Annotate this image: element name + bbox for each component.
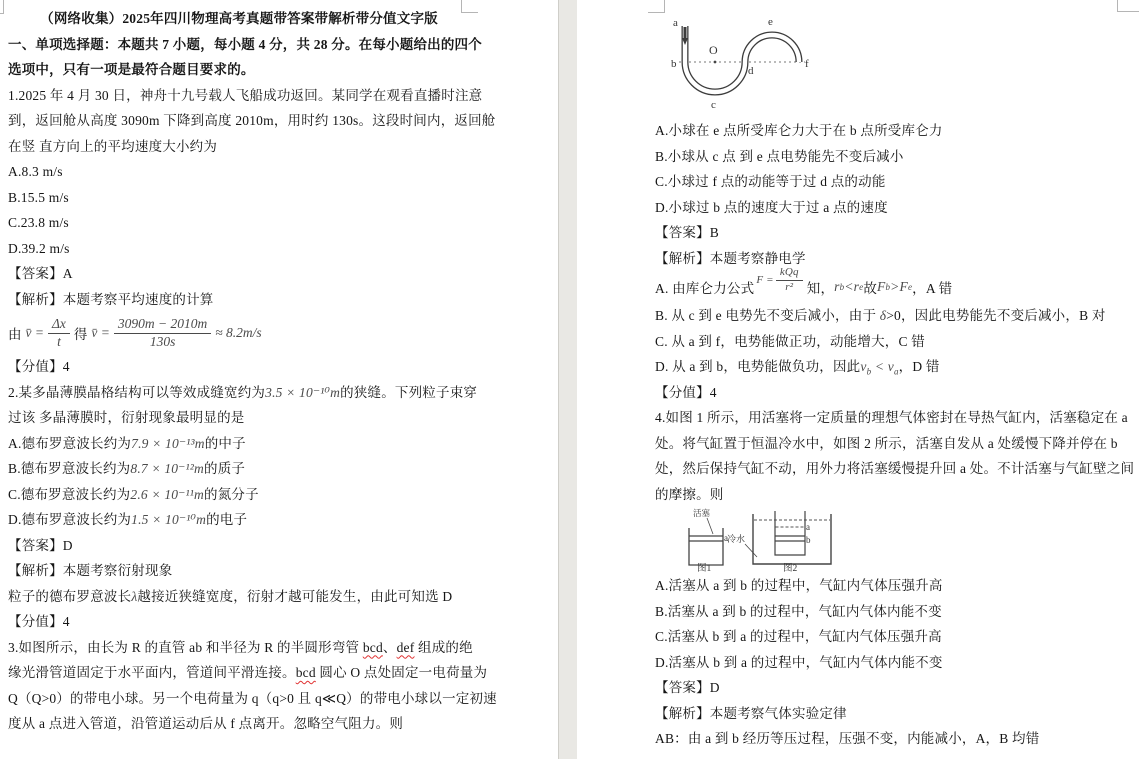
q1-answer: 【答案】A: [8, 261, 470, 287]
page-2-content: a b c d e f O A.小球在 e 点所受库仑力大于在 b 点所受库仑力…: [655, 4, 1137, 752]
q2-option-d: D.德布罗意波长约为1.5 × 10⁻¹⁰m的电子: [8, 507, 470, 533]
q2-line1-post: 的狭缝。下列粒子束穿: [340, 385, 477, 400]
q3-answer: 【答案】B: [655, 220, 1137, 246]
coulomb-num: kQq: [776, 266, 803, 281]
fig2-piston-b-label: b: [806, 535, 811, 545]
q2-option-c: C.德布罗意波长约为2.6 × 10⁻¹¹m的氮分子: [8, 482, 470, 508]
q2-line1-pre: 2.某多晶薄膜晶格结构可以等效成缝宽约为: [8, 385, 265, 400]
q3-expD-pre: D. 从 a 到 b，电势能做负功，因此: [655, 359, 860, 374]
q2-option-a: A.德布罗意波长约为7.9 × 10⁻¹³m的中子: [8, 431, 470, 457]
q3-option-d: D.小球过 b 点的速度大于过 a 点的速度: [655, 195, 1137, 221]
q3-text-line-3: Q（Q>0）的带电小球。另一个电荷量为 q（q>0 且 q≪Q）的带电小球以一定…: [8, 686, 470, 712]
q1-formula-frac2-num: 3090m − 2010m: [114, 316, 211, 334]
q1-formula: 由 v̄ = Δx t 得 v̄ = 3090m − 2010m 130s ≈ …: [8, 312, 470, 354]
fig2-level-a-label: a: [806, 522, 810, 532]
q3-spellcheck-word-bcd-2: bcd: [296, 665, 316, 680]
fig1-caption: 图1: [697, 563, 712, 573]
q1-score: 【分值】4: [8, 354, 470, 380]
q1-option-d: D.39.2 m/s: [8, 236, 470, 262]
q3-line1-post: 组成的绝: [414, 640, 472, 655]
label-e: e: [768, 16, 773, 28]
q1-option-a: A.8.3 m/s: [8, 159, 470, 185]
q1-text-line-1: 1.2025 年 4 月 30 日，神舟十九号载人飞船成功返回。某同学在观看直播…: [8, 83, 470, 109]
q3-expB-pre: B. 从 c 到 e 电势先不变后减小，由于: [655, 308, 880, 323]
q2-option-c-post: 的氮分子: [204, 487, 259, 502]
q2-option-b-pre: B.德布罗意波长约为: [8, 461, 130, 476]
fig1-cylinder: [689, 528, 723, 565]
q1-option-c: C.23.8 m/s: [8, 210, 470, 236]
q1-formula-frac1-den: t: [57, 334, 61, 351]
q3-text-line-1: 3.如图所示，由长为 R 的直管 ab 和半径为 R 的半圆形弯管 bcd、de…: [8, 635, 470, 661]
q3-expA-lt: <: [844, 279, 853, 295]
coulomb-lhs: F =: [756, 274, 774, 286]
section-heading-line-2: 选项中，只有一项是最符合题目要求的。: [8, 57, 470, 83]
q1-formula-pre: 由: [8, 323, 22, 343]
q3-explanation-a: A. 由库仑力公式 F = kQq r² 知， rb < re故Fb > Fe，…: [655, 271, 1137, 303]
q3-expD-post: ，D 错: [899, 359, 940, 374]
q3-explanation-c: C. 从 a 到 f，电势能做正功，动能增大，C 错: [655, 329, 1137, 355]
q2-option-b-math: 8.7 × 10⁻¹²m: [130, 461, 204, 476]
q2-option-d-math: 1.5 × 10⁻¹⁰m: [131, 512, 206, 527]
q3-expA-fe: F: [899, 279, 907, 295]
page-gap: [558, 0, 579, 759]
text-boundary-mark-p1-topleft: [0, 0, 4, 14]
q1-formula-result: ≈ 8.2m/s: [215, 325, 261, 341]
section-heading-line-1: 一、单项选择题：本题共 7 小题，每小题 4 分，共 28 分。在每小题给出的四…: [8, 32, 470, 58]
q4-text-line-2: 处。将气缸置于恒温冷水中，如图 2 所示，活塞自发从 a 处缓慢下降并停在 b: [655, 431, 1137, 457]
fig2-cylinder: [775, 511, 805, 555]
q3-explanation-d: D. 从 a 到 b，电势能做负功，因此vb < va，D 错: [655, 354, 1137, 380]
q2-option-b: B.德布罗意波长约为8.7 × 10⁻¹²m的质子: [8, 456, 470, 482]
q3-option-b: B.小球从 c 点 到 e 点电势能先不变后减小: [655, 144, 1137, 170]
cold-water-label: 冷水: [727, 533, 745, 544]
coulomb-den: r²: [785, 281, 793, 295]
q3-line2-pre: 缘光滑管道固定于水平面内，管道间平滑连接。: [8, 665, 296, 680]
q4-text-line-3: 处，然后保持气缸不动，用外力将活塞缓慢提升回 a 处。不计活塞与气缸壁之间: [655, 456, 1137, 482]
page-1-content: （网络收集）2025年四川物理高考真题带答案带解析带分值文字版 一、单项选择题：…: [8, 6, 470, 737]
q2-option-a-post: 的中子: [205, 436, 246, 451]
q2-option-c-pre: C.德布罗意波长约为: [8, 487, 130, 502]
cold-water-leader-line: [745, 544, 757, 557]
center-point-o-dot: [714, 61, 717, 64]
q2-option-b-post: 的质子: [204, 461, 245, 476]
q3-analysis: 【解析】本题考察静电学: [655, 246, 1137, 272]
q3-expA-fb: F: [877, 279, 885, 295]
q3-figure-block: a b c d e f O: [655, 10, 1137, 118]
q3-expA-mid: 知，: [807, 277, 834, 297]
coulomb-frac: kQq r²: [776, 266, 803, 295]
q2-option-a-pre: A.德布罗意波长约为: [8, 436, 131, 451]
q3-score: 【分值】4: [655, 380, 1137, 406]
q3-tube-figure: a b c d e f O: [665, 10, 825, 114]
q3-expA-pre: A. 由库仑力公式: [655, 277, 754, 297]
fig2-caption: 图2: [783, 563, 798, 573]
q1-formula-frac1-num: Δx: [48, 316, 70, 334]
q4-text-line-4: 的摩擦。则: [655, 482, 1137, 508]
q3-expB-post: >0，因此电势能先不变后减小，B 对: [886, 308, 1105, 323]
q3-expA-post: ，A 错: [912, 277, 952, 297]
document-title: （网络收集）2025年四川物理高考真题带答案带解析带分值文字版: [8, 6, 470, 32]
label-f: f: [805, 58, 809, 70]
q3-option-c: C.小球过 f 点的动能等于过 d 点的动能: [655, 169, 1137, 195]
q2-text-line-2: 过该 多晶薄膜时，衍射现象最明显的是: [8, 405, 470, 431]
q4-cylinder-figure: 活塞 a 图1 a b 冷水 图2: [661, 507, 841, 573]
q3-text-line-2: 缘光滑管道固定于水平面内，管道间平滑连接。bcd 圆心 O 点处固定一电荷量为: [8, 660, 470, 686]
q2-explanation: 粒子的德布罗意波长λ越接近狭缝宽度，衍射才越可能发生，由此可知选 D: [8, 584, 470, 610]
piston-label: 活塞: [693, 508, 711, 518]
q1-formula-frac2-den: 130s: [150, 334, 176, 351]
q1-option-b: B.15.5 m/s: [8, 185, 470, 211]
q2-analysis: 【解析】本题考察衍射现象: [8, 558, 470, 584]
q3-expA-gu: 故: [863, 277, 877, 297]
fig1-piston-leader-line: [707, 518, 713, 534]
q4-figure-block: 活塞 a 图1 a b 冷水 图2: [655, 507, 1137, 573]
label-d: d: [748, 65, 754, 77]
q3-line1-pre: 3.如图所示，由长为 R 的直管 ab 和半径为 R 的半圆形弯管: [8, 640, 363, 655]
q4-text-line-1: 4.如图 1 所示，用活塞将一定质量的理想气体密封在导热气缸内，活塞稳定在 a: [655, 405, 1137, 431]
q1-formula-lhs2: v̄ =: [91, 325, 109, 341]
label-o: O: [709, 43, 718, 57]
q4-option-c: C.活塞从 b 到 a 的过程中，气缸内气体压强升高: [655, 624, 1137, 650]
q2-option-d-post: 的电子: [206, 512, 247, 527]
q3-line1-sep: 、: [383, 640, 397, 655]
q2-option-c-math: 2.6 × 10⁻¹¹m: [130, 487, 204, 502]
q1-formula-mid: 得: [74, 323, 88, 343]
q4-option-a: A.活塞从 a 到 b 的过程中，气缸内气体压强升高: [655, 573, 1137, 599]
coulomb-formula: F = kQq r²: [756, 266, 804, 295]
q3-option-a: A.小球在 e 点所受库仑力大于在 b 点所受库仑力: [655, 118, 1137, 144]
q4-option-b: B.活塞从 a 到 b 的过程中，气缸内气体内能不变: [655, 599, 1137, 625]
q4-option-d: D.活塞从 b 到 a 的过程中，气缸内气体内能不变: [655, 650, 1137, 676]
q2-explain-pre: 粒子的德布罗意波长: [8, 589, 131, 604]
q1-text-line-3: 在竖 直方向上的平均速度大小约为: [8, 134, 470, 160]
q1-formula-frac2: 3090m − 2010m 130s: [114, 316, 211, 351]
document-viewer: { "ui": { "gap_color": "#e9e8e4" }, "pag…: [0, 0, 1143, 759]
q2-answer: 【答案】D: [8, 533, 470, 559]
q2-score: 【分值】4: [8, 609, 470, 635]
q2-explain-post: 越接近狭缝宽度，衍射才越可能发生，由此可知选 D: [137, 589, 452, 604]
q3-spellcheck-word-def: def: [397, 640, 415, 655]
q3-expD-lt: <: [871, 359, 887, 374]
q2-line1-math: 3.5 × 10⁻¹⁰m: [265, 385, 340, 400]
label-b: b: [671, 58, 677, 70]
q1-formula-lhs1: v̄ =: [26, 325, 44, 341]
q1-formula-frac1: Δx t: [48, 316, 70, 351]
label-c: c: [711, 99, 716, 111]
label-a: a: [673, 17, 678, 29]
q4-analysis: 【解析】本题考察气体实验定律: [655, 701, 1137, 727]
q2-option-a-math: 7.9 × 10⁻¹³m: [131, 436, 205, 451]
q4-explanation-ab: AB：由 a 到 b 经历等压过程，压强不变，内能减小，A，B 均错: [655, 726, 1137, 752]
q3-explanation-b: B. 从 c 到 e 电势先不变后减小，由于 δ>0，因此电势能先不变后减小，B…: [655, 303, 1137, 329]
q3-text-line-4: 度从 a 点进入管道，沿管道运动后从 f 点离开。忽略空气阻力。则: [8, 711, 470, 737]
q3-spellcheck-word-bcd: bcd: [363, 640, 383, 655]
q2-option-d-pre: D.德布罗意波长约为: [8, 512, 131, 527]
q1-text-line-2: 到，返回舱从高度 3090m 下降到高度 2010m，用时约 130s。这段时间…: [8, 108, 470, 134]
q1-analysis: 【解析】本题考察平均速度的计算: [8, 287, 470, 313]
q4-answer: 【答案】D: [655, 675, 1137, 701]
q2-text-line-1: 2.某多晶薄膜晶格结构可以等效成缝宽约为3.5 × 10⁻¹⁰m的狭缝。下列粒子…: [8, 380, 470, 406]
fig2-tank: [753, 514, 831, 564]
q3-line2-post: 圆心 O 点处固定一电荷量为: [316, 665, 487, 680]
